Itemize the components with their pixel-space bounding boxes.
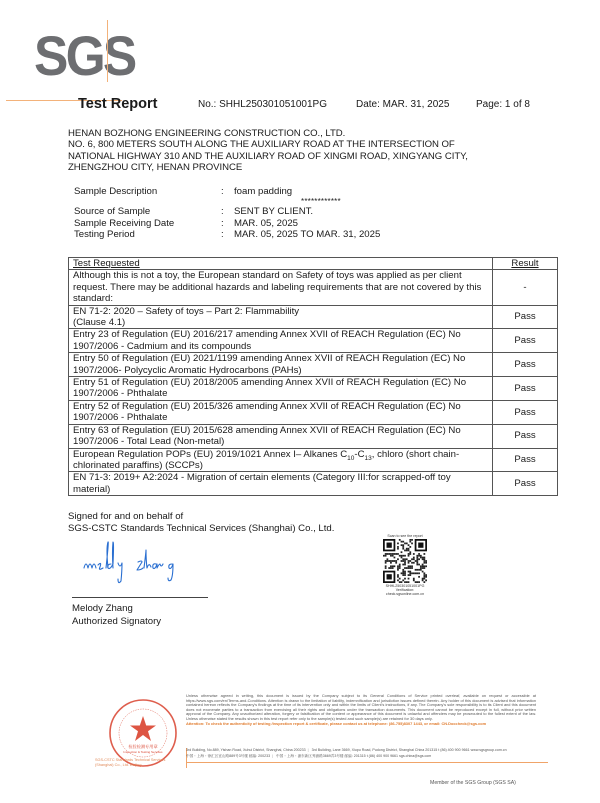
column-header-test-label: Test Requested — [73, 258, 140, 269]
test-text-part: -C — [354, 449, 364, 460]
table-row: Entry 63 of Regulation (EU) 2015/628 ame… — [69, 424, 558, 448]
report-number: No.: SHHL250301051001PG — [198, 99, 327, 110]
page-indicator: Page: 1 of 8 — [476, 99, 530, 110]
result-cell: Pass — [493, 472, 558, 496]
test-requested-cell: Entry 23 of Regulation (EU) 2016/217 ame… — [69, 329, 493, 353]
table-row: Entry 50 of Regulation (EU) 2021/1199 am… — [69, 353, 558, 377]
qr-caption-url: check.sgsonline.com.cn — [375, 592, 435, 596]
test-requested-cell: Entry 52 of Regulation (EU) 2015/326 ame… — [69, 400, 493, 424]
table-row: EN 71-2: 2020 – Safety of toys – Part 2:… — [69, 305, 558, 329]
sample-description-row: Sample Description : foam padding ******… — [74, 186, 554, 206]
table-row: Entry 52 of Regulation (EU) 2015/326 ame… — [69, 400, 558, 424]
phone: t (86) 400 900 9661 — [438, 748, 469, 752]
sgs-logo: SGS — [30, 28, 130, 80]
sgs-logo-text: SGS — [34, 28, 135, 84]
client-name: HENAN BOZHONG ENGINEERING CONSTRUCTION C… — [68, 128, 568, 139]
address-shanghai-2: 3rd Building, Lane 3669, Xiupu Road, Pud… — [312, 748, 438, 752]
info-label: Testing Period — [74, 229, 135, 240]
signature-line — [72, 597, 208, 598]
result-cell: Pass — [493, 353, 558, 377]
table-row: Entry 23 of Regulation (EU) 2016/217 ame… — [69, 329, 558, 353]
info-colon: : — [221, 218, 224, 229]
report-header: Test Report No.: SHHL250301051001PG Date… — [78, 96, 578, 116]
email-link[interactable]: sgs.china@sgs.com — [399, 754, 431, 758]
verification-qr[interactable]: Scan to see the report SHHL250301051001P… — [375, 534, 435, 604]
address-shanghai-1-cn: 中国・上海・徐汇区宜山路889号3号楼 邮编: 200233 — [186, 754, 270, 758]
test-requested-cell: European Regulation POPs (EU) 2019/1021 … — [69, 448, 493, 472]
result-cell: - — [493, 270, 558, 305]
result-cell: Pass — [493, 329, 558, 353]
test-requested-cell: EN 71-2: 2020 – Safety of toys – Part 2:… — [69, 305, 493, 329]
report-title: Test Report — [78, 96, 158, 112]
test-text-part: European Regulation POPs (EU) 2019/1021 … — [73, 449, 347, 460]
signatory-name: Melody Zhang — [72, 603, 161, 616]
qr-caption-top: Scan to see the report — [375, 534, 435, 538]
column-header-result-label: Result — [511, 258, 538, 269]
member-of-sgs-group: Member of the SGS Group (SGS SA) — [430, 780, 516, 786]
handwritten-signature — [80, 538, 200, 588]
info-label: Source of Sample — [74, 206, 150, 217]
table-row: European Regulation POPs (EU) 2019/1021 … — [69, 448, 558, 472]
table-row: EN 71-3: 2019+ A2:2024 - Migration of ce… — [69, 472, 558, 496]
office-addresses: 3rd Building, No.889, Yishan Road, Xuhui… — [186, 748, 546, 759]
stamp-caption: SGS-CSTC Standards Technical Services (S… — [95, 758, 185, 768]
column-header-test: Test Requested — [69, 258, 493, 270]
info-value: MAR. 05, 2025 — [234, 218, 298, 229]
qr-code-icon[interactable] — [383, 539, 427, 583]
address-row-cn: 中国・上海・徐汇区宜山路889号3号楼 邮编: 200233| 中国・上海・浦东… — [186, 754, 546, 760]
column-header-result: Result — [493, 258, 558, 270]
client-address-line: ZHENGZHOU CITY, HENAN PROVINCE — [68, 162, 568, 173]
source-of-sample-row: Source of Sample : SENT BY CLIENT. — [74, 206, 554, 218]
test-requested-cell: Entry 51 of Regulation (EU) 2018/2005 am… — [69, 377, 493, 401]
result-cell: Pass — [493, 448, 558, 472]
test-requested-cell: Entry 50 of Regulation (EU) 2021/1199 am… — [69, 353, 493, 377]
result-cell: Pass — [493, 400, 558, 424]
info-colon: : — [221, 186, 224, 197]
test-requested-cell: EN 71-3: 2019+ A2:2024 - Migration of ce… — [69, 472, 493, 496]
info-label: Sample Receiving Date — [74, 218, 174, 229]
info-colon: : — [221, 229, 224, 240]
test-requested-cell: Although this is not a toy, the European… — [69, 270, 493, 305]
result-cell: Pass — [493, 305, 558, 329]
receiving-date-row: Sample Receiving Date : MAR. 05, 2025 — [74, 218, 554, 230]
info-label: Sample Description — [74, 186, 157, 197]
website-link[interactable]: www.sgsgroup.com.cn — [471, 748, 507, 752]
report-date: Date: MAR. 31, 2025 — [356, 99, 449, 110]
client-address-line: NATIONAL HIGHWAY 310 AND THE AUXILIARY R… — [68, 151, 568, 162]
sample-info: Sample Description : foam padding ******… — [74, 186, 554, 241]
test-requested-cell: Entry 63 of Regulation (EU) 2015/628 ame… — [69, 424, 493, 448]
result-cell: Pass — [493, 377, 558, 401]
legal-disclaimer: Unless otherwise agreed in writing, this… — [186, 694, 536, 726]
table-header-row: Test Requested Result — [69, 258, 558, 270]
info-value: SENT BY CLIENT. — [234, 206, 313, 217]
svg-text:Inspection & Testing Services: Inspection & Testing Services — [123, 750, 163, 754]
footer-rule — [186, 762, 548, 763]
client-address: HENAN BOZHONG ENGINEERING CONSTRUCTION C… — [68, 128, 568, 174]
table-row: Although this is not a toy, the European… — [69, 270, 558, 305]
signing-company: SGS-CSTC Standards Technical Services (S… — [68, 523, 334, 535]
signatory: Melody Zhang Authorized Signatory — [72, 603, 161, 628]
signatory-title: Authorized Signatory — [72, 616, 161, 629]
logo-crosshair-vertical — [107, 20, 108, 82]
redaction-stars: ************ — [301, 197, 341, 206]
svg-text:检验检测专用章: 检验检测专用章 — [128, 743, 157, 750]
star-icon — [130, 716, 156, 741]
info-colon: : — [221, 206, 224, 217]
table-row: Entry 51 of Regulation (EU) 2018/2005 am… — [69, 377, 558, 401]
testing-period-row: Testing Period : MAR. 05, 2025 TO MAR. 3… — [74, 229, 554, 241]
disclaimer-text: Unless otherwise agreed in writing, this… — [186, 693, 536, 721]
test-text-part: 13 — [365, 454, 372, 461]
test-results-table: Test Requested Result Although this is n… — [68, 257, 558, 496]
address-shanghai-1: 3rd Building, No.889, Yishan Road, Xuhui… — [186, 748, 306, 752]
authenticity-attention: Attention: To check the authenticity of … — [186, 722, 536, 727]
signed-on-behalf: Signed for and on behalf of SGS-CSTC Sta… — [68, 511, 334, 534]
info-value: MAR. 05, 2025 TO MAR. 31, 2025 — [234, 229, 380, 240]
info-value: foam padding — [234, 186, 292, 197]
phone: t (86) 400 900 9661 — [367, 754, 398, 758]
signed-for-label: Signed for and on behalf of — [68, 511, 334, 523]
result-cell: Pass — [493, 424, 558, 448]
client-address-line: NO. 6, 800 METERS SOUTH ALONG THE AUXILI… — [68, 139, 568, 150]
address-shanghai-2-cn: 中国・上海・浦东新区秀浦路3669弄3号楼 邮编: 201315 — [276, 754, 366, 758]
